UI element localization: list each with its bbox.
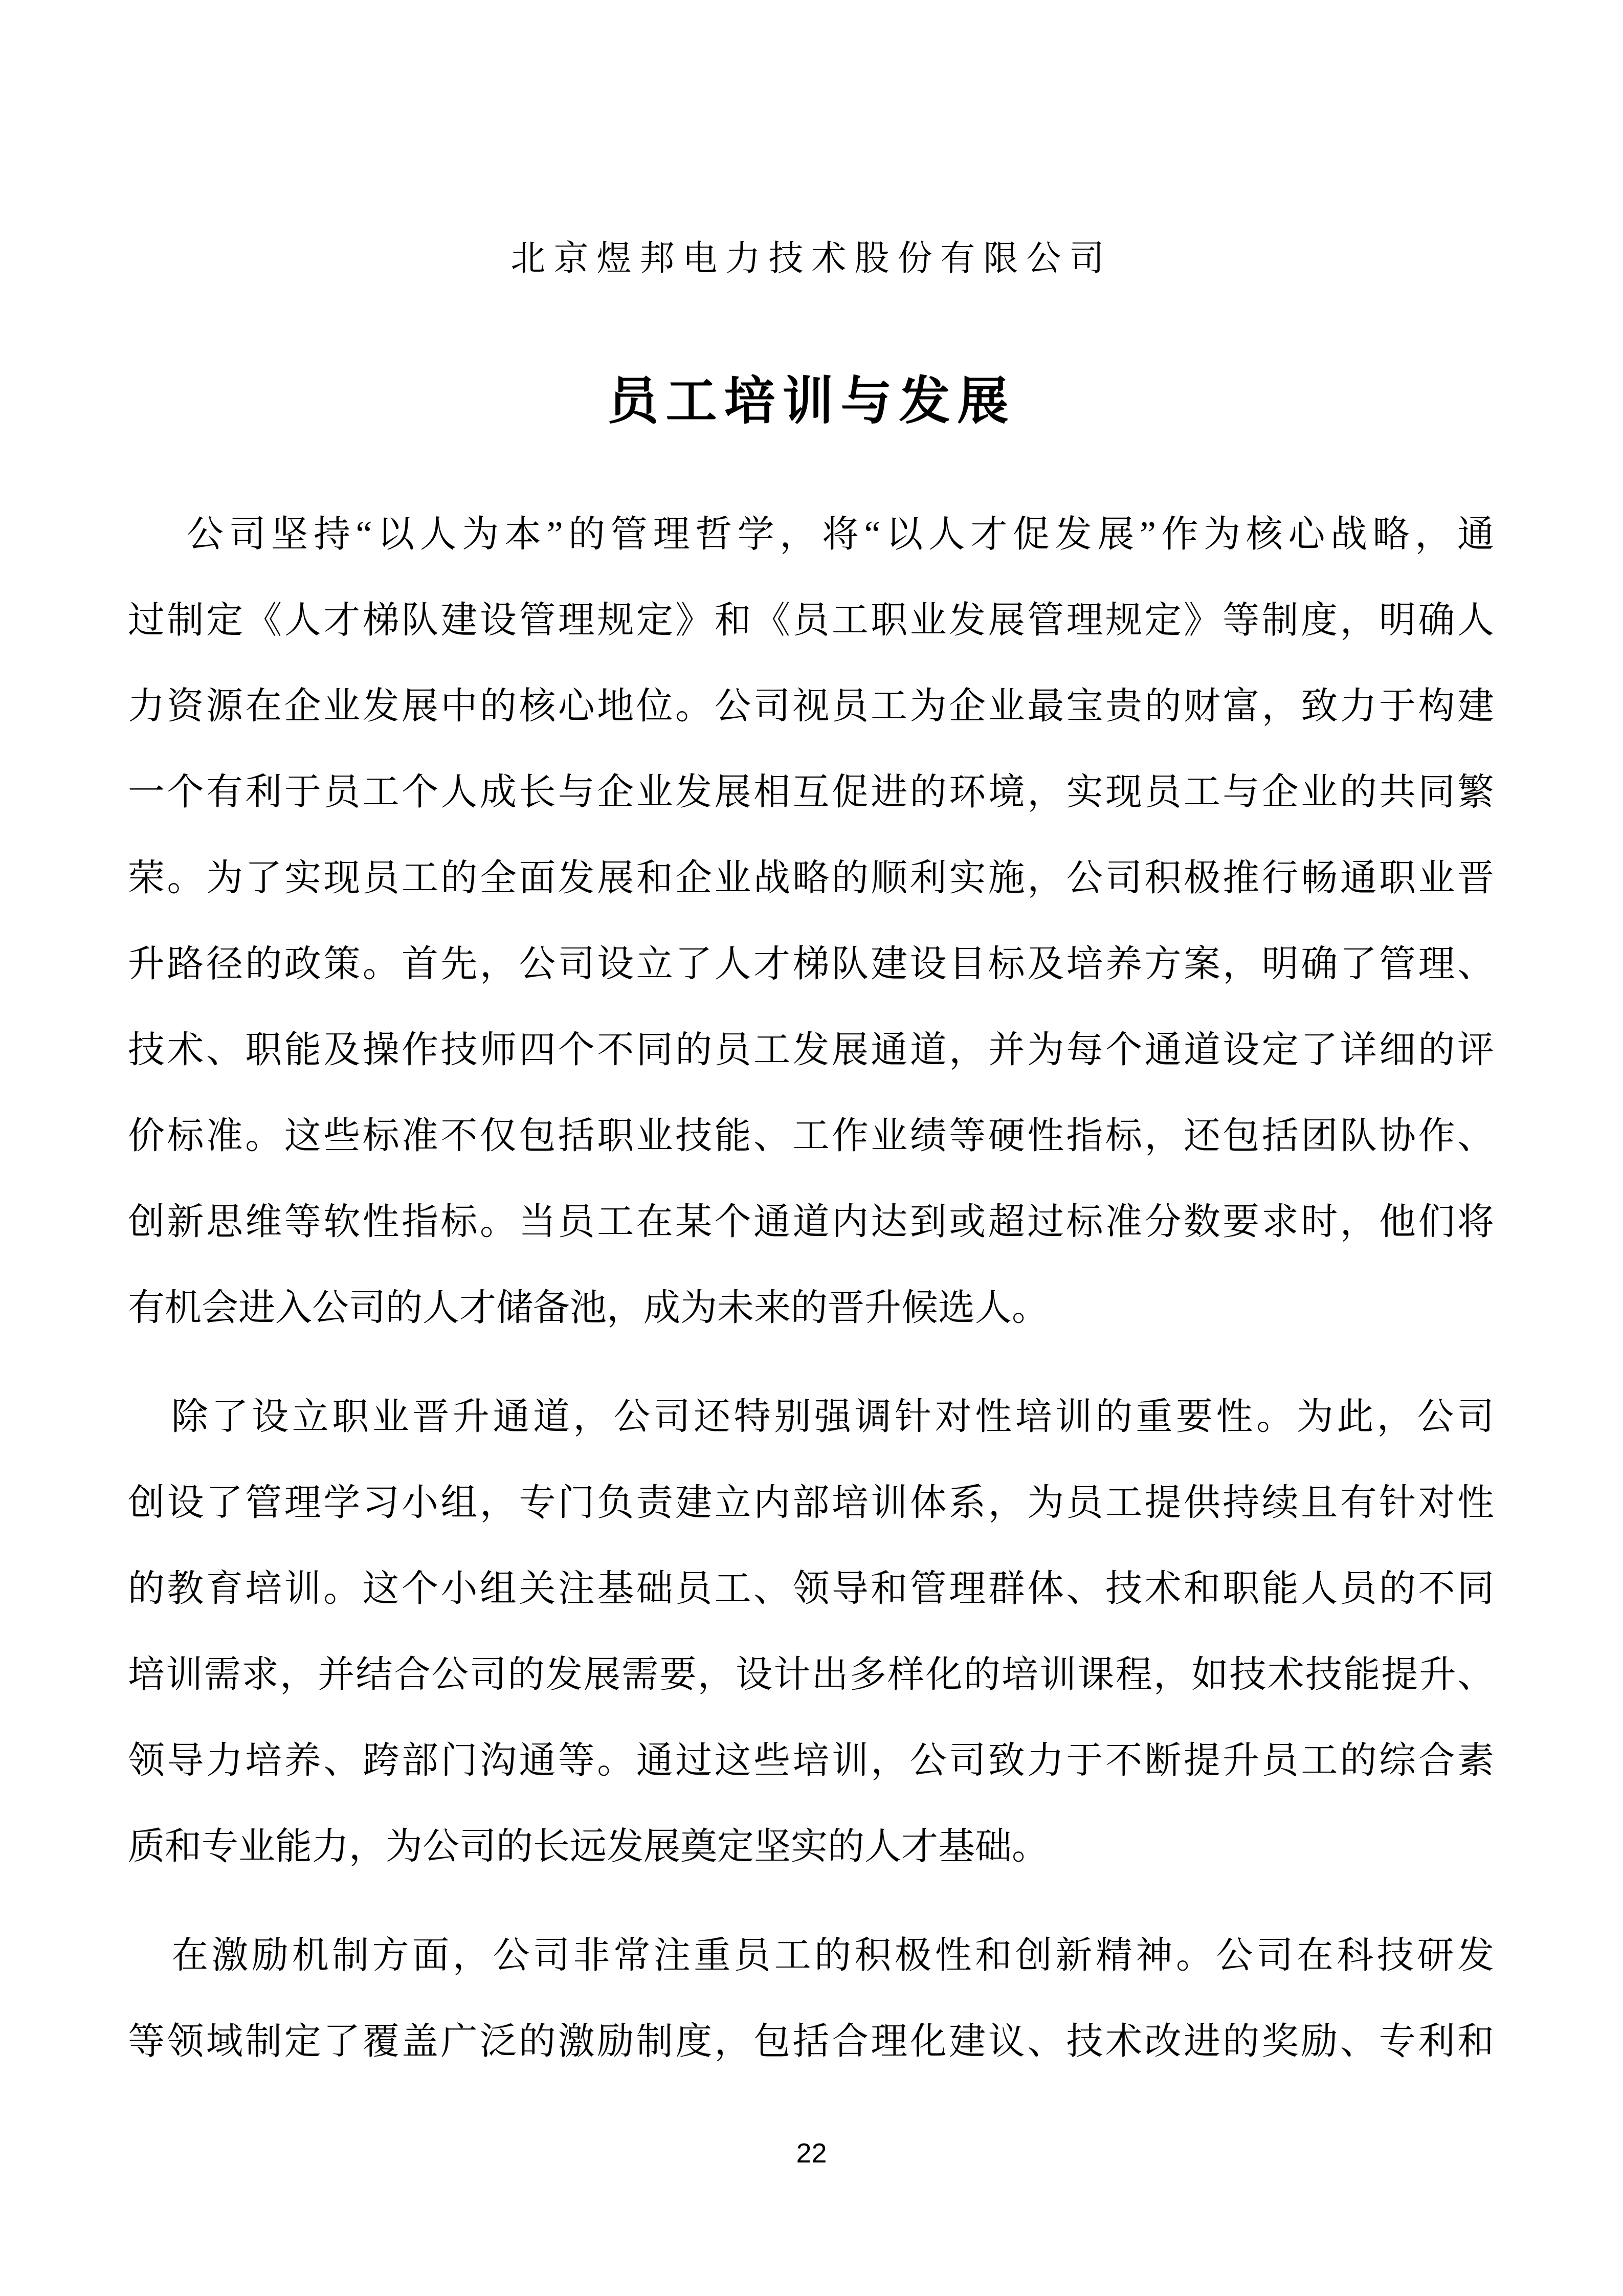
text-line: 价标准。这些标准不仅包括职业技能、工作业绩等硬性指标，还包括团队协作、 <box>128 1093 1494 1179</box>
text-line: 的教育培训。这个小组关注基础员工、领导和管理群体、技术和职能人员的不同 <box>128 1546 1494 1631</box>
text-line: 创新思维等软性指标。当员工在某个通道内达到或超过标准分数要求时，他们将 <box>128 1179 1494 1265</box>
company-name: 北京煜邦电力技术股份有限公司 <box>0 0 1623 276</box>
page-number: 22 <box>0 2138 1623 2169</box>
paragraph-3: 在激励机制方面，公司非常注重员工的积极性和创新精神。公司在科技研发 等领域制定了… <box>128 1912 1494 2084</box>
text-line: 过制定《人才梯队建设管理规定》和《员工职业发展管理规定》等制度，明确人 <box>128 577 1494 663</box>
text-line: 荣。为了实现员工的全面发展和企业战略的顺利实施，公司积极推行畅通职业晋 <box>128 835 1494 921</box>
text-line: 技术、职能及操作技师四个不同的员工发展通道，并为每个通道设定了详细的评 <box>128 1007 1494 1093</box>
text-line: 培训需求，并结合公司的发展需要，设计出多样化的培训课程，如技术技能提升、 <box>128 1631 1494 1717</box>
text-line: 升路径的政策。首先，公司设立了人才梯队建设目标及培养方案，明确了管理、 <box>128 921 1494 1007</box>
text-line: 力资源在企业发展中的核心地位。公司视员工为企业最宝贵的财富，致力于构建 <box>128 663 1494 749</box>
paragraph-2: 除了设立职业晋升通道，公司还特别强调针对性培训的重要性。为此，公司 创设了管理学… <box>128 1374 1494 1889</box>
text-line: 有机会进入公司的人才储备池，成为未来的晋升候选人。 <box>128 1265 1494 1351</box>
text-line: 质和专业能力，为公司的长远发展奠定坚实的人才基础。 <box>128 1803 1494 1889</box>
text-line: 等领域制定了覆盖广泛的激励制度，包括合理化建议、技术改进的奖励、专利和 <box>128 1998 1494 2084</box>
text-line: 除了设立职业晋升通道，公司还特别强调针对性培训的重要性。为此，公司 <box>128 1374 1494 1460</box>
text-line: 公司坚持“以人为本”的管理哲学，将“以人才促发展”作为核心战略，通 <box>128 491 1494 577</box>
text-line: 在激励机制方面，公司非常注重员工的积极性和创新精神。公司在科技研发 <box>128 1912 1494 1998</box>
text-line: 领导力培养、跨部门沟通等。通过这些培训，公司致力于不断提升员工的综合素 <box>128 1717 1494 1803</box>
document-page: 北京煜邦电力技术股份有限公司 员工培训与发展 公司坚持“以人为本”的管理哲学，将… <box>0 0 1623 2296</box>
paragraph-1: 公司坚持“以人为本”的管理哲学，将“以人才促发展”作为核心战略，通 过制定《人才… <box>128 491 1494 1351</box>
document-title: 员工培训与发展 <box>0 373 1623 430</box>
text-line: 创设了管理学习小组，专门负责建立内部培训体系，为员工提供持续且有针对性 <box>128 1460 1494 1546</box>
text-line: 一个有利于员工个人成长与企业发展相互促进的环境，实现员工与企业的共同繁 <box>128 749 1494 835</box>
document-body: 公司坚持“以人为本”的管理哲学，将“以人才促发展”作为核心战略，通 过制定《人才… <box>128 491 1494 2084</box>
